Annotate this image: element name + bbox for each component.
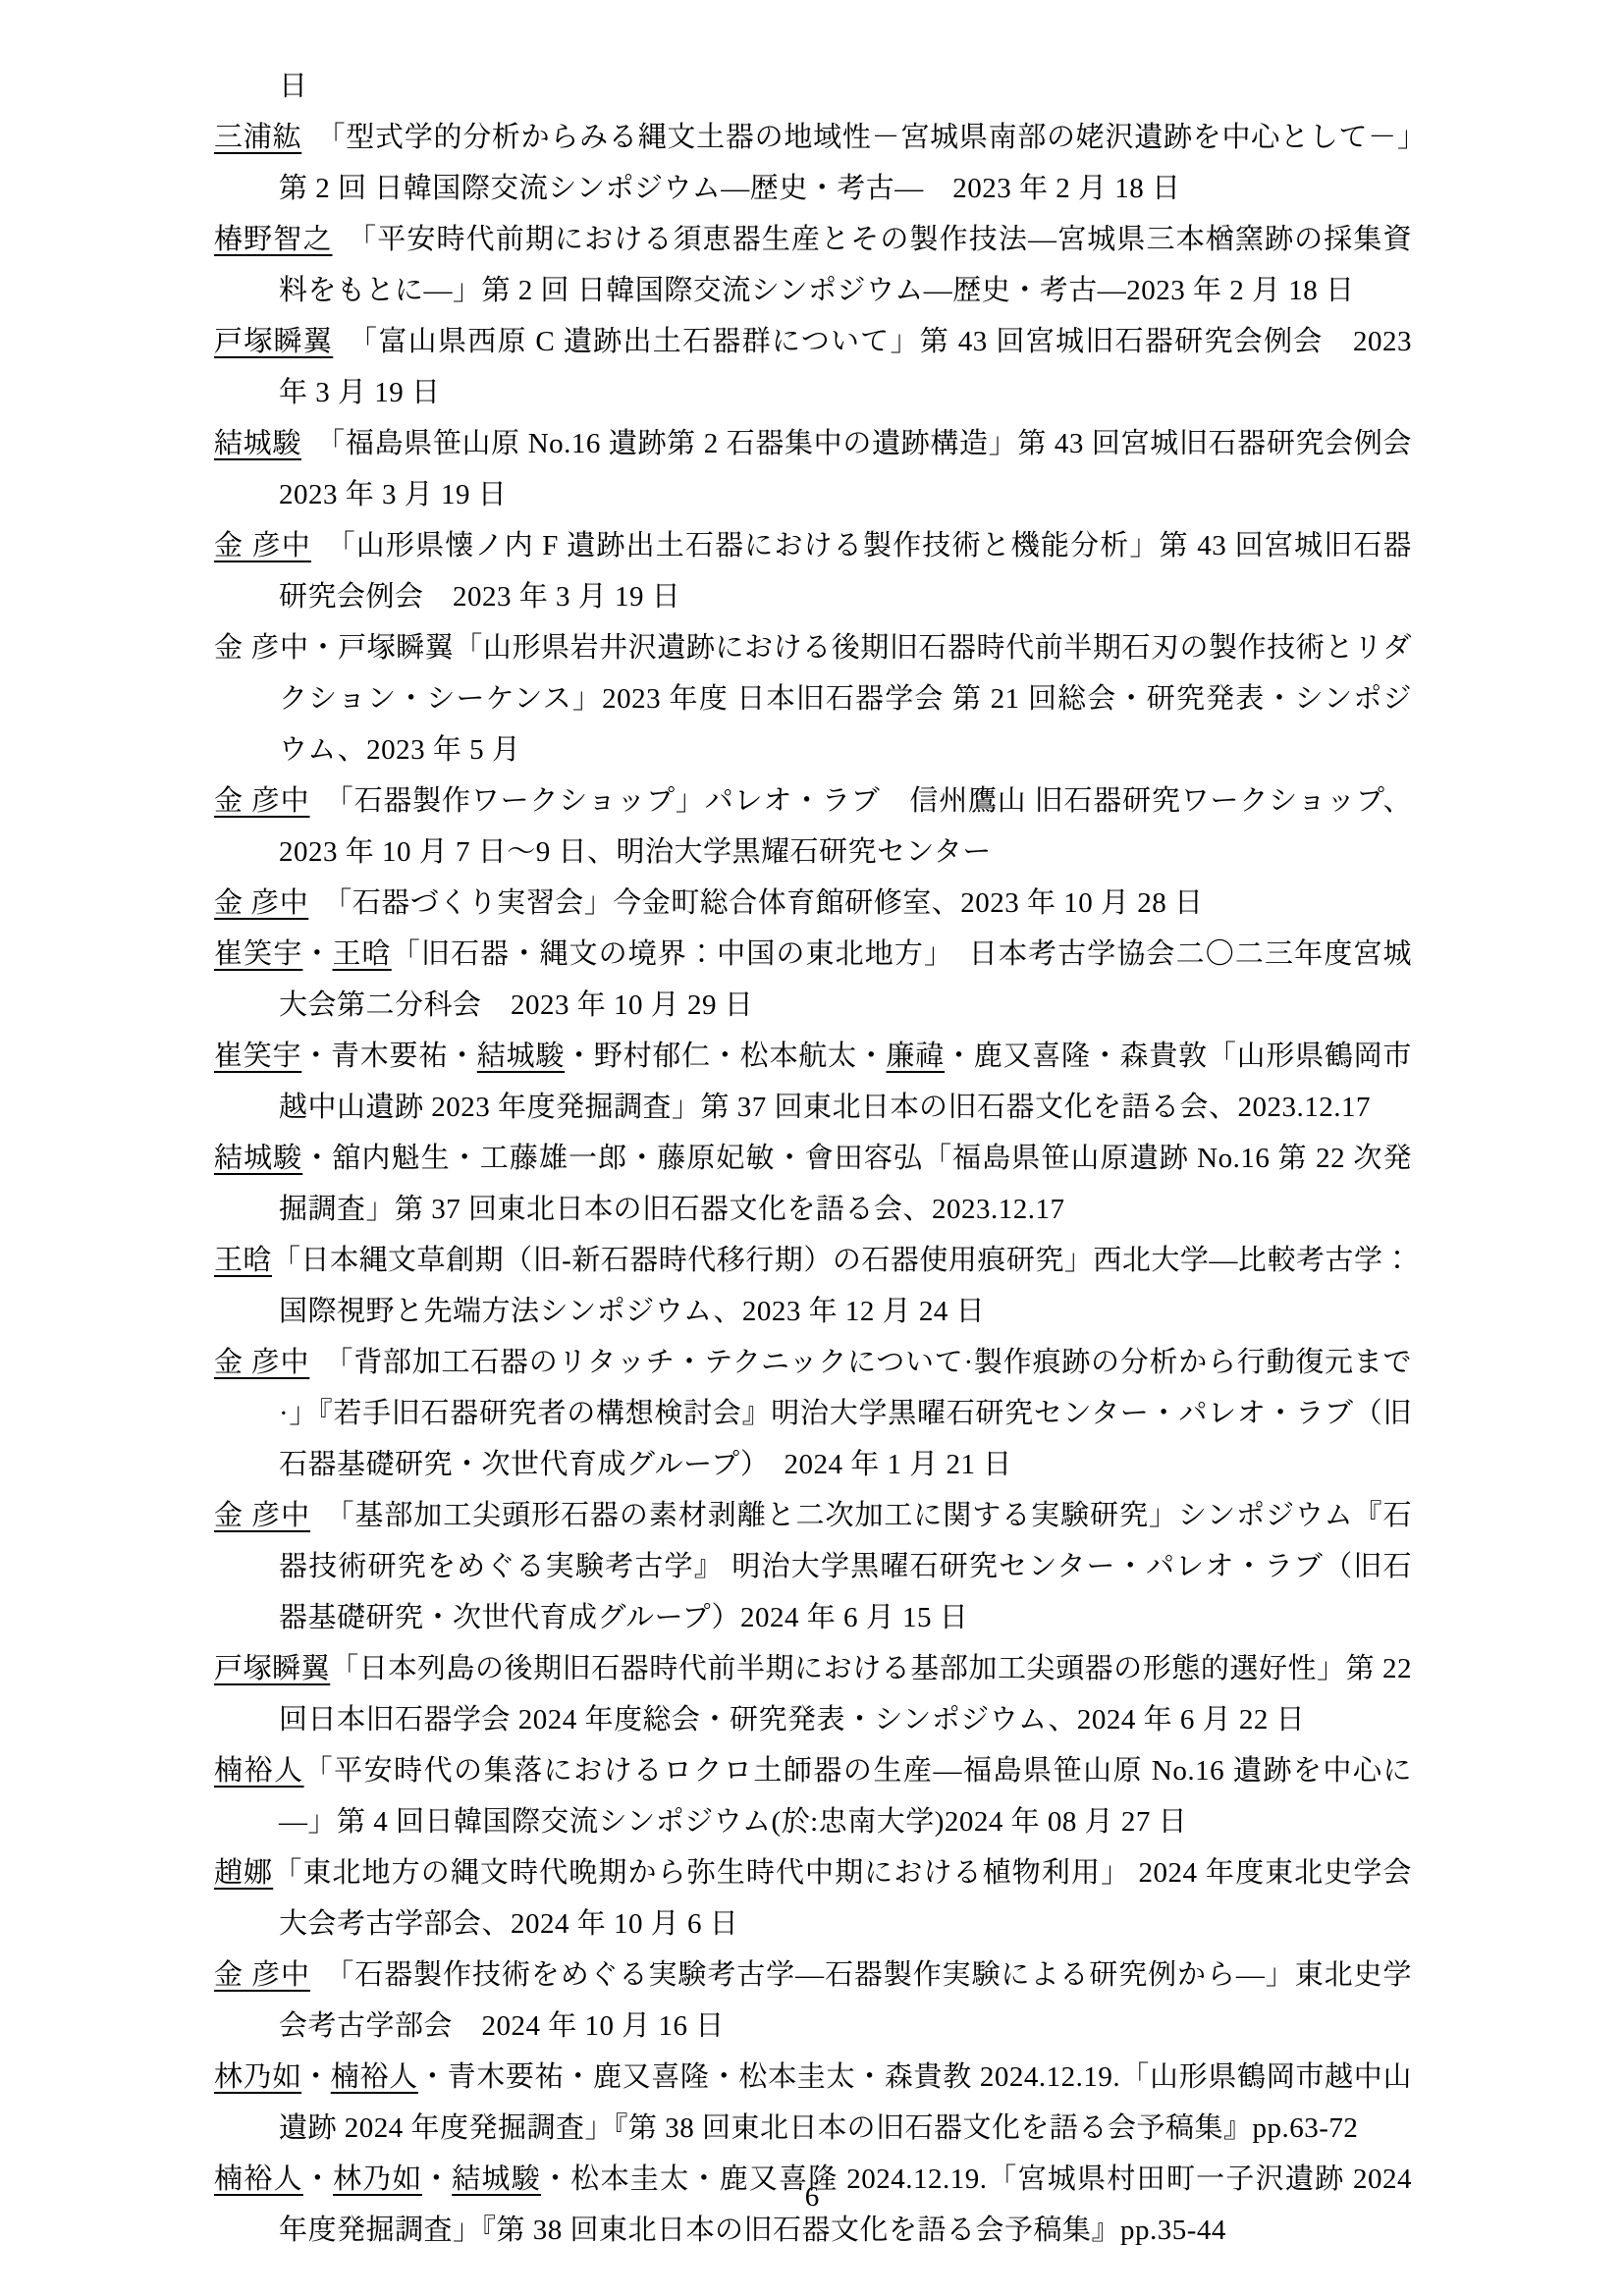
list-item: 金 彦中 「基部加工尖頭形石器の素材剥離と二次加工に関する実験研究」シンポジウム… (214, 1490, 1412, 1643)
author-name: 趙娜 (214, 1857, 273, 1889)
entry-text: 「富山県西原 C 遺跡出土石器群について」第 43 回宮城旧石器研究会例会 20… (279, 326, 1412, 408)
list-item: 林乃如・楠裕人・青木要祐・鹿又喜隆・松本圭太・森貴教 2024.12.19.「山… (214, 2052, 1412, 2154)
list-item: 結城駿 「福島県笹山原 No.16 遺跡第 2 石器集中の遺跡構造」第 43 回… (214, 418, 1412, 520)
author-name: 楠裕人 (331, 2061, 418, 2093)
entry-text: ・青木要祐・ (301, 1041, 477, 1072)
entry-text: 「背部加工石器のリタッチ・テクニックについて·製作痕跡の分析から行動復元まで·」… (279, 1347, 1412, 1480)
entry-text: 「日本列島の後期旧石器時代前半期における基部加工尖頭器の形態的選好性」第 22 … (279, 1653, 1412, 1735)
page-number: 6 (0, 2171, 1624, 2222)
author-name: 結城駿 (214, 1143, 302, 1174)
author-name: 崔笑宇 (214, 938, 302, 970)
entry-text: ・ (302, 938, 332, 970)
document-page: 日三浦紘 「型式学的分析からみる縄文土器の地域性－宮城県南部の姥沢遺跡を中心とし… (0, 0, 1624, 2296)
entry-text: ・ (301, 2061, 331, 2093)
author-name: 金 彦中 (214, 530, 311, 561)
list-item: 椿野智之 「平安時代前期における須恵器生産とその製作技法―宮城県三本楢窯跡の採集… (214, 214, 1412, 316)
author-name: 金 彦中 (214, 887, 308, 919)
list-item: 戸塚瞬翼 「富山県西原 C 遺跡出土石器群について」第 43 回宮城旧石器研究会… (214, 316, 1412, 418)
list-item: 崔笑宇・青木要祐・結城駿・野村郁仁・松本航太・廉禕・鹿又喜隆・森貴敦「山形県鶴岡… (214, 1031, 1412, 1133)
entry-text: 金 彦中・戸塚瞬翼「山形県岩井沢遺跡における後期旧石器時代前半期石刃の製作技術と… (214, 632, 1412, 766)
author-name: 崔笑宇 (214, 1041, 301, 1072)
list-item: 楠裕人「平安時代の集落におけるロクロ土師器の生産―福島県笹山原 No.16 遺跡… (214, 1745, 1412, 1847)
author-name: 椿野智之 (214, 224, 333, 255)
entry-text: 「石器製作技術をめぐる実験考古学―石器製作実験による研究例から―」東北史学会考古… (279, 1959, 1412, 2042)
list-item: 金 彦中 「石器製作ワークショップ」パレオ・ラブ 信州鷹山 旧石器研究ワークショ… (214, 775, 1412, 878)
list-item: 金 彦中 「背部加工石器のリタッチ・テクニックについて·製作痕跡の分析から行動復… (214, 1337, 1412, 1490)
entry-text: 「基部加工尖頭形石器の素材剥離と二次加工に関する実験研究」シンポジウム『石器技術… (279, 1500, 1412, 1633)
entry-text: 日 (279, 71, 308, 102)
list-item: 結城駿・舘内魁生・工藤雄一郎・藤原妃敏・會田容弘「福島県笹山原遺跡 No.16 … (214, 1133, 1412, 1235)
list-item: 日 (214, 61, 1412, 112)
author-name: 楠裕人 (214, 1755, 304, 1787)
list-item: 王晗「日本縄文草創期（旧-新石器時代移行期）の石器使用痕研究」西北大学―比較考古… (214, 1235, 1412, 1337)
author-name: 王晗 (333, 938, 392, 970)
author-name: 王晗 (214, 1245, 272, 1276)
author-name: 三浦紘 (214, 122, 301, 153)
entry-text: 「日本縄文草創期（旧-新石器時代移行期）の石器使用痕研究」西北大学―比較考古学：… (272, 1245, 1412, 1327)
author-name: 戸塚瞬翼 (214, 326, 333, 357)
list-item: 三浦紘 「型式学的分析からみる縄文土器の地域性－宮城県南部の姥沢遺跡を中心として… (214, 112, 1412, 214)
author-name: 金 彦中 (214, 1500, 310, 1531)
publication-list: 日三浦紘 「型式学的分析からみる縄文土器の地域性－宮城県南部の姥沢遺跡を中心とし… (214, 61, 1412, 2256)
author-name: 結城駿 (214, 428, 301, 459)
entry-text: 「平安時代の集落におけるロクロ土師器の生産―福島県笹山原 No.16 遺跡を中心… (279, 1755, 1412, 1838)
list-item: 金 彦中 「石器づくり実習会」今金町総合体育館研修室、2023 年 10 月 2… (214, 878, 1412, 929)
author-name: 林乃如 (214, 2061, 301, 2093)
entry-text: 「山形県懐ノ内 F 遺跡出土石器における製作技術と機能分析」第 43 回宮城旧石… (279, 530, 1412, 613)
entry-text: 「旧石器・縄文の境界：中国の東北地方」 日本考古学協会二〇二三年度宮城大会第二分… (279, 938, 1412, 1021)
entry-text: ・青木要祐・鹿又喜隆・松本圭太・森貴教 2024.12.19.「山形県鶴岡市越中… (279, 2061, 1412, 2144)
entry-text: 「平安時代前期における須恵器生産とその製作技法―宮城県三本楢窯跡の採集資料をもと… (279, 224, 1412, 306)
list-item: 金 彦中・戸塚瞬翼「山形県岩井沢遺跡における後期旧石器時代前半期石刃の製作技術と… (214, 622, 1412, 775)
list-item: 崔笑宇・王晗「旧石器・縄文の境界：中国の東北地方」 日本考古学協会二〇二三年度宮… (214, 929, 1412, 1031)
entry-text: 「石器製作ワークショップ」パレオ・ラブ 信州鷹山 旧石器研究ワークショップ、20… (279, 785, 1412, 868)
entry-text: 「型式学的分析からみる縄文土器の地域性－宮城県南部の姥沢遺跡を中心として－」第 … (279, 122, 1412, 204)
list-item: 金 彦中 「山形県懐ノ内 F 遺跡出土石器における製作技術と機能分析」第 43 … (214, 520, 1412, 622)
list-item: 金 彦中 「石器製作技術をめぐる実験考古学―石器製作実験による研究例から―」東北… (214, 1949, 1412, 2052)
author-name: 金 彦中 (214, 1347, 309, 1378)
entry-text: 「福島県笹山原 No.16 遺跡第 2 石器集中の遺跡構造」第 43 回宮城旧石… (279, 428, 1441, 510)
entry-text: 「石器づくり実習会」今金町総合体育館研修室、2023 年 10 月 28 日 (308, 887, 1203, 919)
entry-text: ・野村郁仁・松本航太・ (565, 1041, 886, 1072)
author-name: 廉禕 (887, 1041, 946, 1072)
author-name: 結城駿 (477, 1041, 565, 1072)
author-name: 戸塚瞬翼 (214, 1653, 330, 1684)
entry-text: ・舘内魁生・工藤雄一郎・藤原妃敏・會田容弘「福島県笹山原遺跡 No.16 第 2… (279, 1143, 1412, 1225)
author-name: 金 彦中 (214, 1959, 310, 1991)
entry-text: 「東北地方の縄文時代晩期から弥生時代中期における植物利用」 2024 年度東北史… (273, 1857, 1412, 1940)
list-item: 戸塚瞬翼「日本列島の後期旧石器時代前半期における基部加工尖頭器の形態的選好性」第… (214, 1643, 1412, 1745)
list-item: 趙娜「東北地方の縄文時代晩期から弥生時代中期における植物利用」 2024 年度東… (214, 1847, 1412, 1949)
author-name: 金 彦中 (214, 785, 309, 817)
